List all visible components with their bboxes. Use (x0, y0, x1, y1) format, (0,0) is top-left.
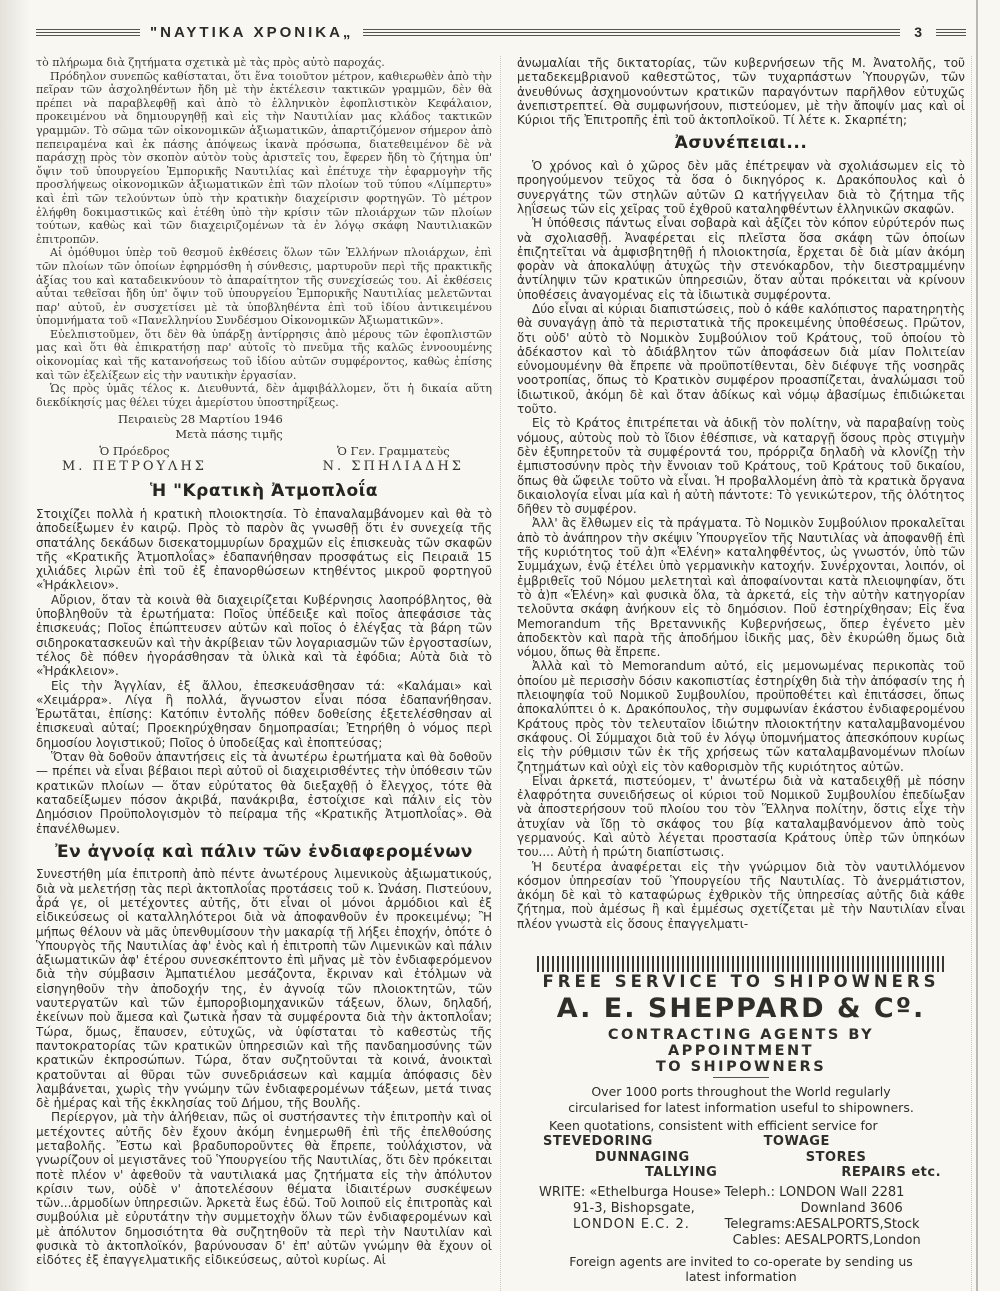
ad-write-line: LONDON E.C. 2. (537, 1217, 725, 1233)
right-column: ἀνωμαλίαι τῆς δικτατορίας, τῶν κυβερνήσε… (517, 56, 972, 1291)
signature-secretary: Ὁ Γεν. Γραμματεὺς Ν. ΣΠΗΛΙΑΔΗΣ (323, 444, 464, 475)
paragraph: ἀνωμαλίαι τῆς δικτατορίας, τῶν κυβερνήσε… (517, 56, 965, 127)
paragraph: Δύο εἶναι αἱ κύριαι διαπιστώσεις, ποὺ ὁ … (517, 302, 965, 416)
two-column-layout: τὸ πλήρωμα διὰ ζητήματα σχετικὰ μὲ τὰς π… (36, 56, 972, 1291)
paragraph: Εἰς τὸ Κράτος ἐπιτρέπεται νὰ ἀδικῇ τὸν π… (517, 416, 965, 516)
ad-border-bottom (537, 964, 945, 972)
service-stores: STORES (746, 1150, 945, 1166)
inconsistencies-article: Ἀσυνέπειαι... Ὁ χρόνος καὶ ὁ χῶρος δὲν μ… (517, 134, 965, 931)
ad-subtitle-2: TO SHIPOWNERS (537, 1059, 945, 1075)
ad-write-line: WRITE: «Ethelburga House» (537, 1185, 725, 1201)
union-letter-article: τὸ πλήρωμα διὰ ζητήματα σχετικὰ μὲ τὰς π… (36, 56, 492, 475)
ad-keen-line: Keen quotations, consistent with efficie… (537, 1118, 945, 1134)
paragraph: Περίεργον, μὰ τὴν ἀλήθειαν, πῶς οἱ συστή… (36, 1110, 492, 1267)
service-tallying: TALLYING (537, 1165, 757, 1181)
ad-contact-line: Downland 3606 (725, 1201, 945, 1217)
signature-president: Ὁ Πρόεδρος Μ. ΠΕΤΡΟΥΛΗΣ (62, 444, 207, 475)
service-repairs: REPAIRS etc. (757, 1165, 945, 1181)
paragraph: Ὅταν θὰ δοθοῦν ἀπαντήσεις εἰς τὰ ἀνωτέρω… (36, 750, 492, 836)
paragraph: Εἰς τὴν Ἀγγλίαν, ἐξ ἄλλου, ἐπεσκευάσθησα… (36, 679, 492, 750)
masthead-rule-right (936, 29, 966, 36)
ad-write-line: 91-3, Bishopsgate, (537, 1201, 725, 1217)
paragraph: τὸ πλήρωμα διὰ ζητήματα σχετικὰ μὲ τὰς π… (36, 56, 492, 70)
article-heading: Ἡ "Κρατικὴ Ἀτμοπλοΐα (36, 482, 492, 502)
sheppard-advertisement: FREE SERVICE TO SHIPOWNERS A. E. SHEPPAR… (517, 941, 965, 1291)
paragraph: Πρόδηλον συνεπῶς καθίσταται, ὅτι ἕνα τοι… (36, 70, 492, 247)
paragraph: Στοιχίζει πολλὰ ἡ κρατικὴ πλοιοκτησία. Τ… (36, 507, 492, 593)
ad-headline: FREE SERVICE TO SHIPOWNERS (537, 972, 945, 991)
ad-subtitle: CONTRACTING AGENTS BY APPOINTMENT (537, 1027, 945, 1059)
ad-contact-line: Cables: AESALPORTS,London (725, 1233, 945, 1249)
ignorance-article: Ἐν ἀγνοίᾳ καὶ πάλιν τῶν ἐνδιαφερομένων Σ… (36, 843, 492, 1268)
paragraph: Ἀλλὰ καὶ τὸ Memorandum αὐτό, εἰς μεμονωμ… (517, 659, 965, 773)
signature-name: Μ. ΠΕΤΡΟΥΛΗΣ (62, 459, 207, 475)
paragraph: Αἱ ὁμόθυμοι ὑπὲρ τοῦ θεσμοῦ ἐκθέσεις ὅλω… (36, 246, 492, 328)
dateline: Πειραιεὺς 28 Μαρτίου 1946 (36, 412, 492, 427)
ad-underline-rule (713, 1077, 769, 1078)
ad-company-name: A. E. SHEPPARD & Cº. (537, 993, 945, 1024)
ad-write-address: WRITE: «Ethelburga House» 91-3, Bishopsg… (537, 1185, 725, 1249)
paragraph: Αὔριον, ὅταν τὰ κοινὰ θὰ διαχειρίζεται Κ… (36, 593, 492, 679)
signature-block: Ὁ Πρόεδρος Μ. ΠΕΤΡΟΥΛΗΣ Ὁ Γεν. Γραμματεὺ… (36, 442, 492, 475)
signature-name: Ν. ΣΠΗΛΙΑΔΗΣ (323, 459, 464, 475)
publication-title: "ΝΑΥΤΙΚΑ ΧΡΟΝΙΚΑ„ (150, 25, 353, 40)
signature-role: Ὁ Γεν. Γραμματεὺς (323, 444, 464, 458)
paragraph: Ἡ δευτέρα ἀναφέρεται εἰς τὴν γνώριμον δι… (517, 860, 965, 931)
paragraph: Ἀλλ' ἂς ἔλθωμεν εἰς τὰ πράγματα. Τὸ Νομι… (517, 516, 965, 659)
service-stevedoring: STEVEDORING (537, 1134, 740, 1150)
ad-telephone-block: Teleph.: LONDON Wall 2281 Downland 3606 … (725, 1185, 945, 1249)
paragraph: Ἡ ὑπόθεσις πάντως εἶναι σοβαρὰ καὶ ἀξίζε… (517, 216, 965, 302)
masthead-rule-left (36, 29, 140, 36)
ad-service-row: STEVEDORING TOWAGE (537, 1134, 945, 1150)
paragraph: Ὡς πρὸς ὑμᾶς τέλος κ. Διευθυντά, δὲν ἀμφ… (36, 382, 492, 409)
paragraph: Συνεστήθη μία ἐπιτροπὴ ἀπὸ πέντε ἀνωτέρο… (36, 867, 492, 1110)
scanned-page: "ΝΑΥΤΙΚΑ ΧΡΟΝΙΚΑ„ 3 τὸ πλήρωμα διὰ ζητήμ… (0, 0, 1000, 1291)
ad-service-row: TALLYING REPAIRS etc. (537, 1165, 945, 1181)
ad-contact-line: Teleph.: LONDON Wall 2281 (725, 1185, 945, 1201)
page-edge-line (976, 0, 978, 1291)
signature-role: Ὁ Πρόεδρος (62, 444, 207, 458)
salutation: Μετὰ πάσης τιμῆς (36, 427, 492, 442)
paragraph: Εἶναι ἀρκετά, πιστεύομεν, τ' ἀνωτέρω διὰ… (517, 774, 965, 860)
state-steamship-article: Ἡ "Κρατικὴ Ἀτμοπλοΐα Στοιχίζει πολλὰ ἡ κ… (36, 482, 492, 835)
ad-contact-block: WRITE: «Ethelburga House» 91-3, Bishopsg… (537, 1185, 945, 1249)
ad-contact-line: Telegrams:AESALPORTS,Stock (725, 1217, 945, 1233)
paragraph: Εὐελπιστοῦμεν, ὅτι δὲν θὰ ὑπάρξῃ ἀντίρρη… (36, 328, 492, 382)
article-heading: Ἐν ἀγνοίᾳ καὶ πάλιν τῶν ἐνδιαφερομένων (36, 843, 492, 863)
page-number: 3 (910, 25, 926, 39)
scan-shadow (0, 0, 30, 1291)
ad-body-text: Over 1000 ports throughout the World reg… (537, 1084, 945, 1115)
ad-footer-text: Foreign agents are invited to co-operate… (537, 1254, 945, 1285)
continuation-text: ἀνωμαλίαι τῆς δικτατορίας, τῶν κυβερνήσε… (517, 56, 965, 127)
paragraph: Ὁ χρόνος καὶ ὁ χῶρος δὲν μᾶς ἐπέτρεψαν ν… (517, 159, 965, 216)
masthead-rule-center (363, 29, 900, 36)
left-column: τὸ πλήρωμα διὰ ζητήματα σχετικὰ μὲ τὰς π… (36, 56, 501, 1291)
ad-service-row: DUNNAGING STORES (537, 1150, 945, 1166)
service-towage: TOWAGE (740, 1134, 945, 1150)
masthead: "ΝΑΥΤΙΚΑ ΧΡΟΝΙΚΑ„ 3 (36, 24, 966, 40)
ad-border-top (537, 956, 945, 964)
service-dunnaging: DUNNAGING (537, 1150, 746, 1166)
article-heading: Ἀσυνέπειαι... (517, 134, 965, 154)
